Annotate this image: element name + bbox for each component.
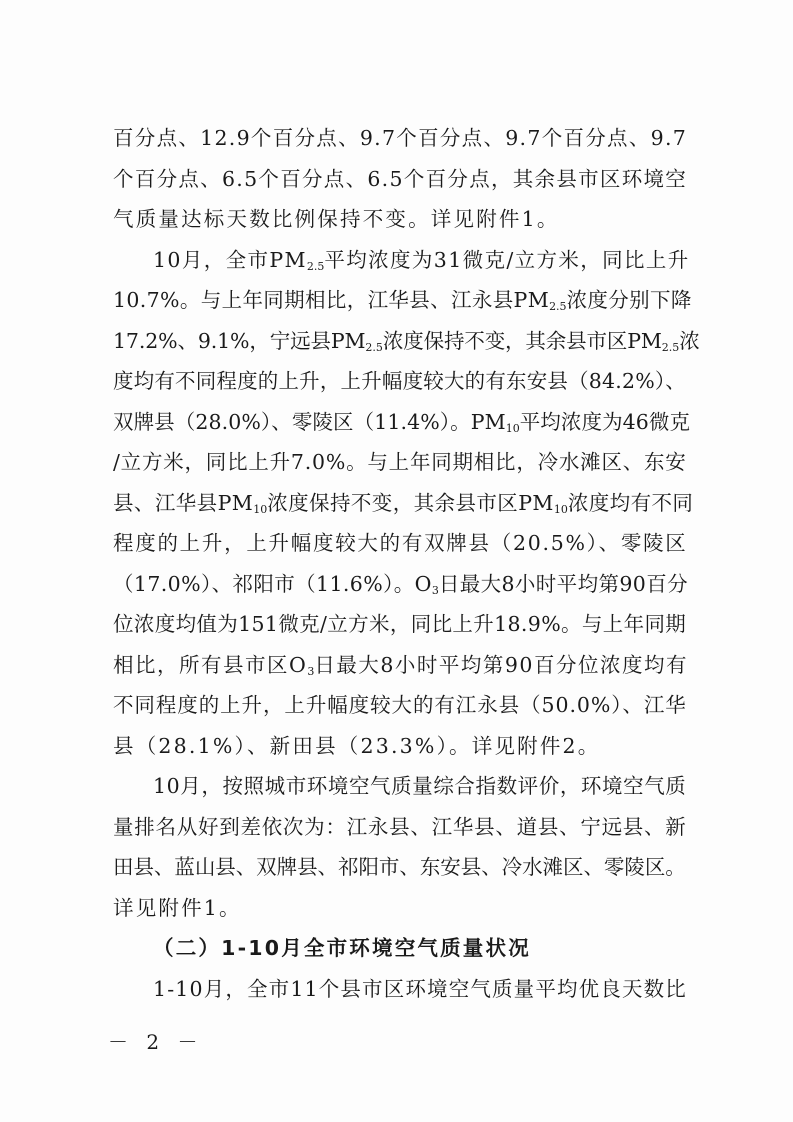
- text-line: 17.2%、9.1%，宁远县PM2.5浓度保持不变，其余县市区PM2.5浓: [113, 321, 688, 362]
- document-page: 百分点、12.9个百分点、9.7个百分点、9.7个百分点、9.7 个百分点、6.…: [0, 0, 793, 1122]
- text-line: 县、江华县PM10浓度保持不变，其余县市区PM10浓度均有不同: [113, 483, 688, 524]
- text-line: 百分点、12.9个百分点、9.7个百分点、9.7个百分点、9.7: [113, 118, 688, 159]
- text-line: 不同程度的上升，上升幅度较大的有江永县（50.0%）、江华: [113, 685, 688, 726]
- text-line: 双牌县（28.0%）、零陵区（11.4%）。PM10平均浓度为46微克: [113, 402, 688, 443]
- paragraph-pm25-start: 10月，全市PM2.5平均浓度为31微克/立方米，同比上升: [113, 240, 688, 281]
- text-line: 田县、蓝山县、双牌县、祁阳市、东安县、冷水滩区、零陵区。: [113, 847, 688, 888]
- text-line: 10.7%。与上年同期相比，江华县、江永县PM2.5浓度分别下降: [113, 280, 688, 321]
- text-line: 量排名从好到差依次为：江永县、江华县、道县、宁远县、新: [113, 807, 688, 848]
- text-line: 程度的上升，上升幅度较大的有双牌县（20.5%）、零陵区: [113, 523, 688, 564]
- text-line: 气质量达标天数比例保持不变。详见附件1。: [113, 199, 688, 240]
- text-line: 个百分点、6.5个百分点、6.5个百分点，其余县市区环境空: [113, 159, 688, 200]
- text-line: 相比，所有县市区O3日最大8小时平均第90百分位浓度均有: [113, 645, 688, 686]
- text-line: 县（28.1%）、新田县（23.3%）。详见附件2。: [113, 726, 688, 767]
- text-line: 度均有不同程度的上升，上升幅度较大的有东安县（84.2%）、: [113, 361, 688, 402]
- text-line: 位浓度均值为151微克/立方米，同比上升18.9%。与上年同期: [113, 604, 688, 645]
- body-text: 百分点、12.9个百分点、9.7个百分点、9.7个百分点、9.7 个百分点、6.…: [113, 118, 688, 1009]
- text-line: （17.0%）、祁阳市（11.6%）。O3日最大8小时平均第90百分: [113, 564, 688, 605]
- text-line: /立方米，同比上升7.0%。与上年同期相比，冷水滩区、东安: [113, 442, 688, 483]
- section-heading: （二）1-10月全市环境空气质量状况: [113, 928, 688, 969]
- text-line: 详见附件1。: [113, 888, 688, 929]
- page-number: － 2 －: [108, 1026, 203, 1055]
- paragraph-ranking-start: 10月，按照城市环境空气质量综合指数评价，环境空气质: [113, 766, 688, 807]
- paragraph-ytd-start: 1-10月，全市11个县市区环境空气质量平均优良天数比: [113, 969, 688, 1010]
